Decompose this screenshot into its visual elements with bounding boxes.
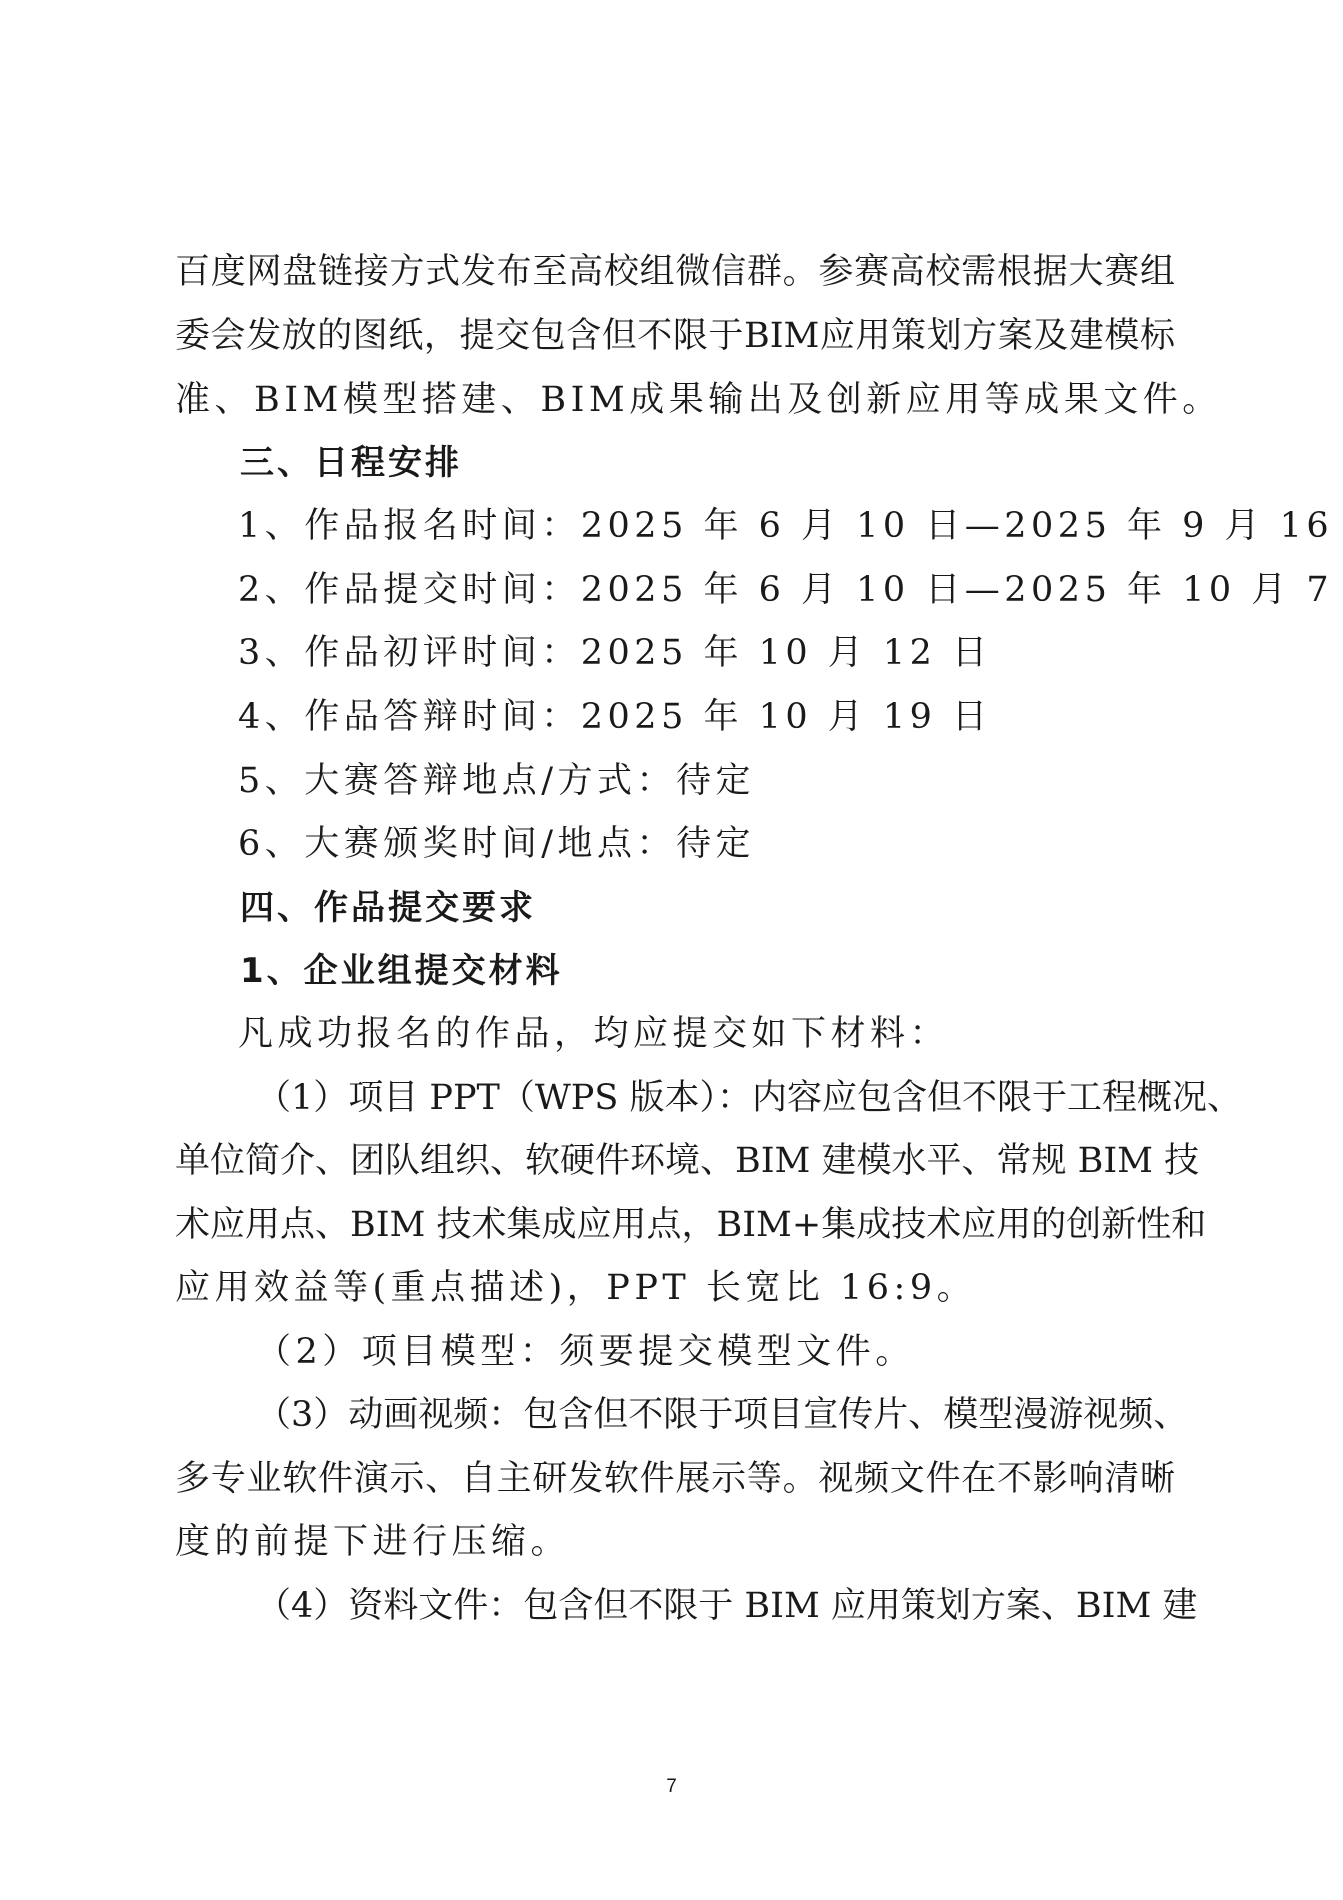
intro-line: 凡成功报名的作品，均应提交如下材料：: [238, 1013, 1175, 1055]
paragraph-line: 百度网盘链接方式发布至高校组微信群。参赛高校需根据大赛组: [175, 251, 1175, 293]
item-3-line: （3）动画视频：包含但不限于项目宣传片、模型漫游视频、: [256, 1394, 1175, 1436]
item-1-line: 术应用点、BIM 技术集成应用点，BIM+集成技术应用的创新性和: [175, 1204, 1175, 1246]
item-1-line: （1）项目 PPT（WPS 版本）：内容应包含但不限于工程概况、: [256, 1077, 1175, 1119]
schedule-item: 3、作品初评时间：2025 年 10 月 12 日: [238, 632, 1175, 674]
paragraph-line: 准、BIM模型搭建、BIM成果输出及创新应用等成果文件。: [175, 379, 1175, 421]
item-1-line: 单位简介、团队组织、软硬件环境、BIM 建模水平、常规 BIM 技: [175, 1140, 1175, 1182]
document-page: 百度网盘链接方式发布至高校组微信群。参赛高校需根据大赛组 委会发放的图纸，提交包…: [0, 0, 1343, 1900]
item-3-line: 多专业软件演示、自主研发软件展示等。视频文件在不影响清晰: [175, 1458, 1175, 1500]
paragraph-line: 委会发放的图纸，提交包含但不限于BIM应用策划方案及建模标: [175, 315, 1175, 357]
schedule-item: 6、大赛颁奖时间/地点：待定: [238, 823, 1175, 865]
schedule-item: 5、大赛答辩地点/方式：待定: [238, 760, 1175, 802]
page-number: 7: [0, 1776, 1343, 1798]
item-3-line: 度的前提下进行压缩。: [175, 1521, 1175, 1563]
item-2-line: （2）项目模型：须要提交模型文件。: [256, 1331, 1175, 1373]
section-heading-schedule: 三、日程安排: [240, 442, 1240, 484]
schedule-item: 2、作品提交时间：2025 年 6 月 10 日—2025 年 10 月 7 日: [238, 569, 1175, 611]
section-heading-submission: 四、作品提交要求: [240, 887, 1240, 929]
item-4-line: （4）资料文件：包含但不限于 BIM 应用策划方案、BIM 建: [256, 1585, 1175, 1627]
subheading-enterprise-materials: 1、企业组提交材料: [240, 950, 1240, 992]
item-1-line: 应用效益等(重点描述)，PPT 长宽比 16:9。: [175, 1267, 1175, 1309]
schedule-item: 4、作品答辩时间：2025 年 10 月 19 日: [238, 696, 1175, 738]
schedule-item: 1、作品报名时间：2025 年 6 月 10 日—2025 年 9 月 16 日: [238, 505, 1175, 547]
